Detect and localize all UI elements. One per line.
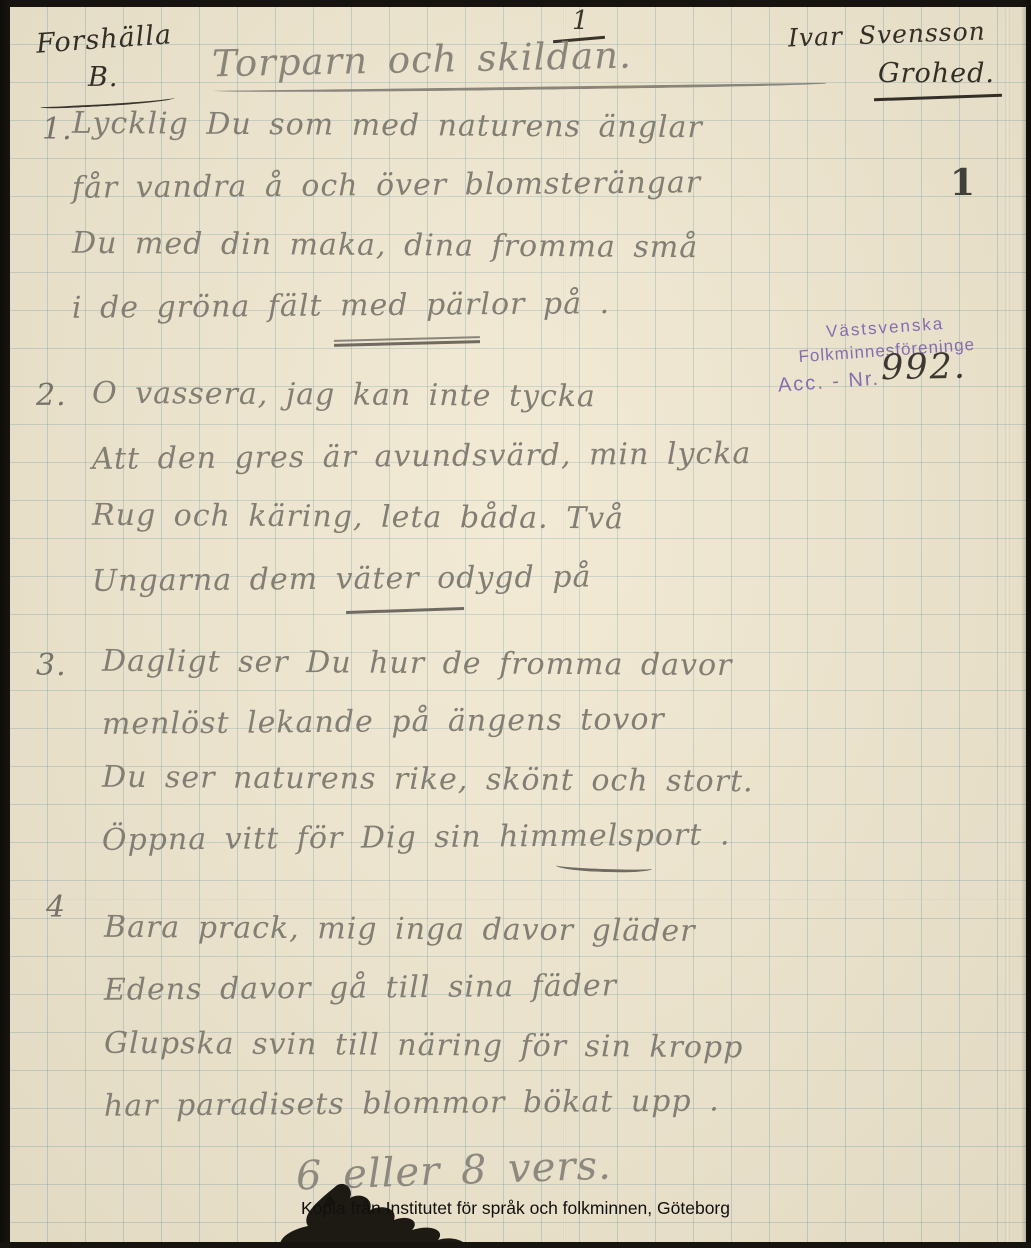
- verse-line: Öppna vitt för Dig sin himmelsport .: [102, 817, 754, 881]
- verse-line: Att den gres är avundsvärd, min lycka: [92, 436, 752, 503]
- verse-2: 2. O vassera, jag kan inte tycka Att den…: [92, 378, 751, 622]
- scan-edge-shadow: [1021, 0, 1031, 1248]
- paper-crease: [10, 899, 1026, 902]
- verse-line: Bara prack, mig inga davor gläder: [104, 910, 744, 972]
- verse-line: får vandra å och över blomsterängar: [72, 165, 703, 231]
- verse-1: 1. Lycklig Du som med naturens änglar få…: [72, 108, 703, 348]
- author-place: Grohed.: [878, 58, 995, 89]
- verse-number: 3.: [36, 648, 67, 683]
- verse-number: 2.: [36, 378, 67, 413]
- header-place-letter: B.: [88, 62, 118, 93]
- verse-line: menlöst lekande på ängens tovor: [102, 701, 754, 765]
- page-title: Torparn och skildan.: [212, 34, 633, 86]
- verse-line: Ungarna dem väter odygd på: [92, 558, 752, 625]
- scan-edge-shadow: [0, 1242, 1031, 1248]
- verse-line: O vassera, jag kan inte tycka: [92, 376, 752, 442]
- verse-line: Du med din maka, dina fromma små: [72, 226, 703, 290]
- verse-line: Du ser naturens rike, skönt och stort.: [102, 760, 754, 823]
- accession-number-handwritten: 992.: [881, 347, 968, 388]
- verse-line: har paradisets blommor bökat upp .: [104, 1083, 744, 1147]
- scan-caption: Kopia från Institutet för språk och folk…: [0, 1198, 1031, 1219]
- verse-line: Edens davor gå till sina fäder: [104, 967, 744, 1031]
- verse-number: 1.: [42, 112, 73, 147]
- verse-line: Dagligt ser Du hur de fromma davor: [102, 644, 754, 707]
- printed-page-number: 1: [950, 162, 975, 204]
- overtitle-mark: 1: [572, 6, 590, 36]
- scan-edge-shadow: [0, 0, 9, 1248]
- verse-line: Rug och käring, leta båda. Två: [92, 498, 752, 564]
- verse-line: Glupska svin till näring för sin kropp: [104, 1026, 744, 1088]
- verse-number: 4: [46, 890, 66, 925]
- verse-4: 4 Bara prack, mig inga davor gläder Eden…: [104, 912, 743, 1144]
- verse-3: 3. Dagligt ser Du hur de fromma davor me…: [102, 646, 754, 878]
- verse-line: Lycklig Du som med naturens änglar: [72, 106, 703, 170]
- paper-crease: [1005, 7, 1010, 1243]
